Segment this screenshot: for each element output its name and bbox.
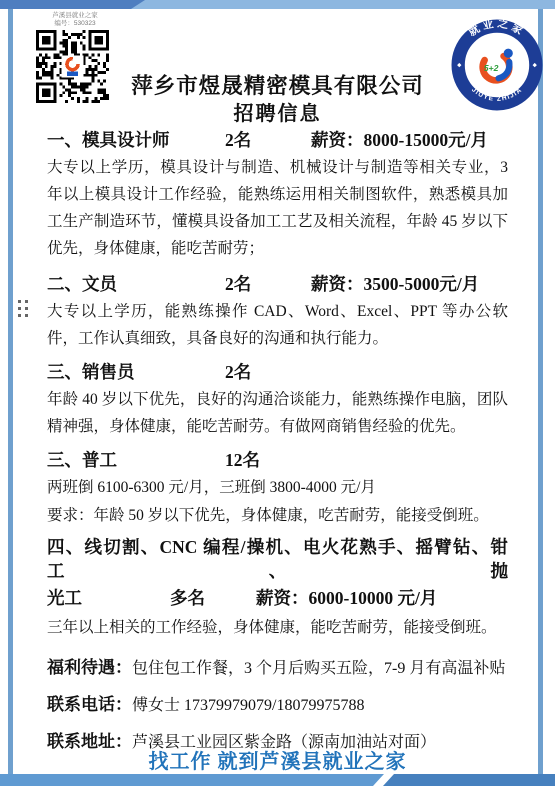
- job-count: 多名: [170, 586, 256, 610]
- job-count: 12名: [225, 448, 311, 472]
- phone-label: 联系电话：: [47, 690, 132, 720]
- job-description: 年龄 40 岁以下优先，良好的沟通洽谈能力，能熟练操作电脑，团队精神强，身体健康…: [47, 386, 508, 440]
- job-count: 2名: [225, 128, 311, 152]
- job-heading-clerk: 二、文员 2名 薪资：3500-5000元/月: [47, 272, 508, 296]
- job-title: 二、文员: [47, 272, 225, 296]
- welfare-line: 福利待遇： 包住包工作餐，3 个月后购买五险，7-9 月有高温补贴: [47, 653, 508, 684]
- bottom-border-band-left: [0, 774, 384, 786]
- job-description: 大专以上学历，能熟练操作 CAD、Word、Excel、PPT 等办公软件，工作…: [47, 298, 508, 352]
- job-description: 大专以上学历，模具设计与制造、机械设计与制造等相关专业，3 年以上模具设计工作经…: [47, 154, 508, 262]
- job-title: 三、普工: [47, 448, 225, 472]
- job-heading-technicians-line2: 光工 多名 薪资：6000-10000 元/月: [47, 586, 508, 610]
- job-count: 2名: [225, 272, 311, 296]
- job-shift-pay: 两班倒 6100-6300 元/月，三班倒 3800-4000 元/月: [47, 475, 508, 501]
- job-title: 三、销售员: [47, 360, 225, 384]
- welfare-value: 包住包工作餐，3 个月后购买五险，7-9 月有高温补贴: [132, 654, 505, 684]
- qr-label-line2: 编号：530323: [36, 20, 114, 28]
- job-salary: 薪资：8000-15000元/月: [311, 128, 508, 152]
- job-requirements: 要求：年龄 50 岁以下优先，身体健康，吃苦耐劳，能接受倒班。: [47, 503, 508, 529]
- welfare-label: 福利待遇：: [47, 653, 132, 683]
- dots-handle-icon: [18, 300, 28, 317]
- top-border-band-accent: [0, 0, 145, 9]
- phone-line: 联系电话： 傅女士 17379979079/18079975788: [47, 690, 508, 721]
- badge-center-text: 5+2: [484, 63, 499, 73]
- job-poster-page: { "qr": { "label_line1": "芦溪县就业之家", "lab…: [0, 0, 555, 786]
- bottom-border-band-right: [383, 774, 555, 786]
- job-title: 一、模具设计师: [47, 128, 225, 152]
- jiuye-zhijia-badge-icon: 就业之家 JIUYE ZHIJIA 5+2: [451, 19, 543, 111]
- job-salary: 薪资：6000-10000 元/月: [256, 586, 508, 610]
- job-heading-mold-designer: 一、模具设计师 2名 薪资：8000-15000元/月: [47, 128, 508, 152]
- qr-label-line1: 芦溪县就业之家: [36, 12, 114, 20]
- contact-block: 福利待遇： 包住包工作餐，3 个月后购买五险，7-9 月有高温补贴 联系电话： …: [47, 653, 508, 758]
- job-title: 光工: [47, 586, 170, 610]
- job-heading-general-worker: 三、普工 12名: [47, 448, 508, 472]
- job-heading-salesperson: 三、销售员 2名: [47, 360, 508, 384]
- job-description: 三年以上相关的工作经验，身体健康，能吃苦耐劳，能接受倒班。: [47, 614, 508, 641]
- job-list: 一、模具设计师 2名 薪资：8000-15000元/月 大专以上学历，模具设计与…: [47, 128, 508, 758]
- job-count: 2名: [225, 360, 311, 384]
- phone-value: 傅女士 17379979079/18079975788: [132, 691, 364, 721]
- job-heading-technicians-line1: 四、线切割、CNC 编程/操机、电火花熟手、摇臂钻、钳工、抛: [47, 535, 508, 583]
- footer-slogan: 找工作 就到芦溪县就业之家: [0, 745, 555, 774]
- job-salary: 薪资：3500-5000元/月: [311, 272, 508, 296]
